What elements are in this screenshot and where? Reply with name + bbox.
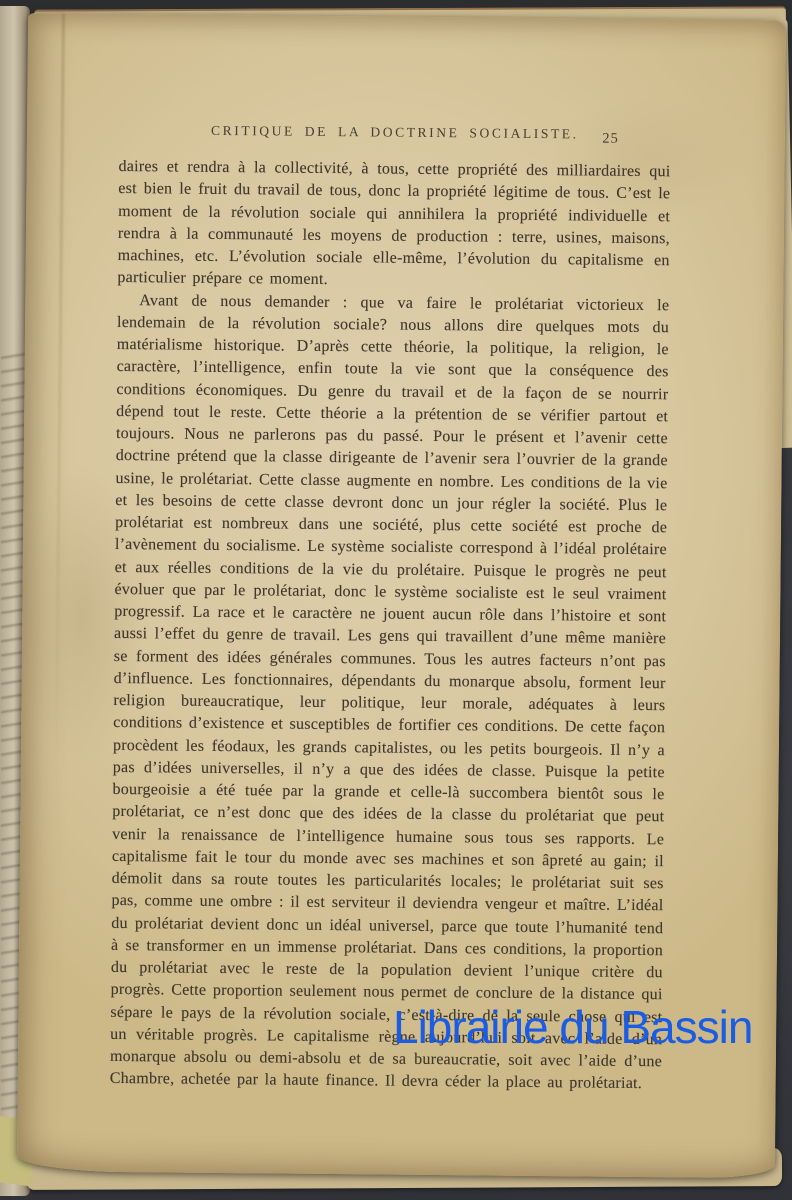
- page-header: CRITIQUE DE LA DOCTRINE SOCIALISTE. 25: [119, 122, 671, 155]
- paragraph-materialisme: Avant de nous demander : que va faire le…: [110, 289, 670, 1095]
- bookseller-watermark: Librairie du Bassin: [393, 1004, 752, 1050]
- paragraph-continuation: daires et rendra à la collectivité, à to…: [117, 156, 670, 295]
- page-title: CRITIQUE DE LA DOCTRINE SOCIALISTE.: [119, 122, 671, 143]
- page-content: CRITIQUE DE LA DOCTRINE SOCIALISTE. 25 d…: [110, 122, 671, 1096]
- book-photo: CRITIQUE DE LA DOCTRINE SOCIALISTE. 25 d…: [0, 0, 792, 1200]
- body-text: daires et rendra à la collectivité, à to…: [110, 156, 671, 1096]
- page-number: 25: [602, 131, 619, 148]
